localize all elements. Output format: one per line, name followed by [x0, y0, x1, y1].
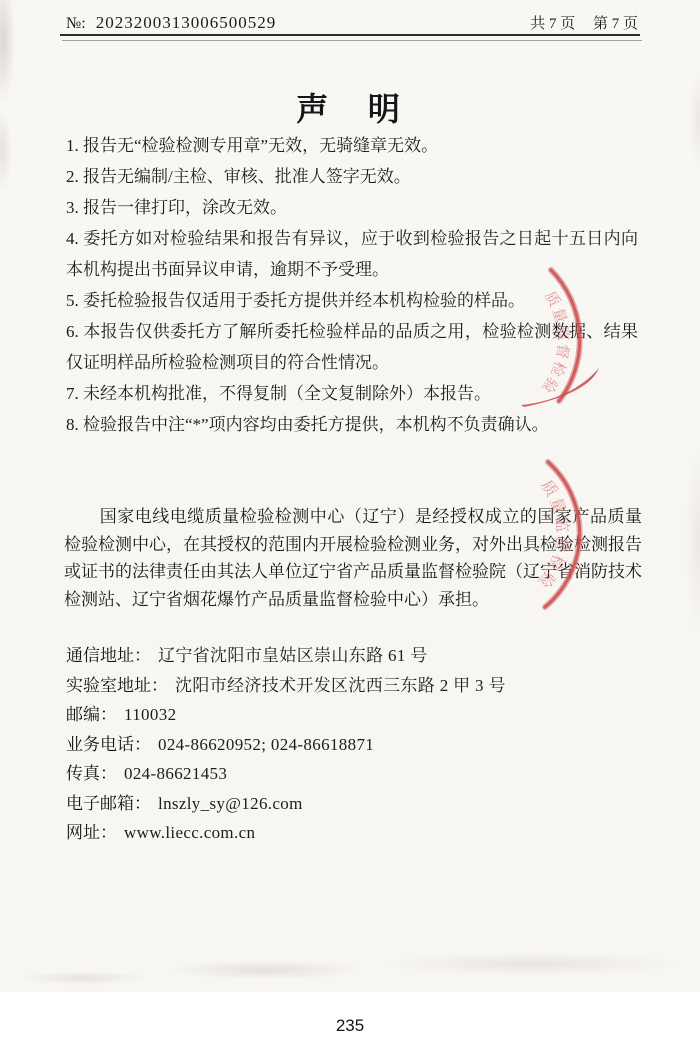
declaration-item-4: 4. 委托方如对检验结果和报告有异议，应于收到检验报告之日起十五日内向本机构提出…	[66, 223, 638, 285]
organization-paragraph: 国家电线电缆质量检验检测中心（辽宁）是经授权成立的国家产品质量检验检测中心，在其…	[64, 503, 642, 613]
page-title: 声 明	[0, 84, 700, 130]
declaration-item-6: 6. 本报告仅供委托方了解所委托检验样品的品质之用，检验检测数据、结果仅证明样品…	[66, 316, 638, 378]
report-number-label: №:	[66, 15, 86, 32]
contact-row-phone: 业务电话：024-86620952; 024-86618871	[66, 730, 646, 760]
contact-row-fax: 传真：024-86621453	[66, 759, 646, 789]
declaration-list: 1. 报告无“检验检测专用章”无效，无骑缝章无效。 2. 报告无编制/主检、审核…	[66, 130, 638, 440]
report-number: №:2023200313006500529	[66, 13, 276, 33]
header-rule-thick	[60, 34, 640, 36]
contact-row-lab-address: 实验室地址：沈阳市经济技术开发区沈西三东路 2 甲 3 号	[66, 671, 646, 701]
pages-total: 共 7 页	[530, 16, 575, 32]
contact-value: www.liecc.com.cn	[124, 823, 255, 842]
contact-label: 传真：	[66, 764, 117, 783]
declaration-item-2: 2. 报告无编制/主检、审核、批准人签字无效。	[66, 161, 638, 192]
contact-label: 电子邮箱：	[66, 794, 151, 813]
report-number-value: 2023200313006500529	[96, 13, 277, 32]
contact-label: 业务电话：	[66, 735, 151, 754]
contact-value: 024-86620952; 024-86618871	[158, 735, 374, 754]
footer-page-number: 235	[0, 1016, 700, 1036]
page-current: 第 7 页	[593, 16, 638, 32]
contact-row-postcode: 邮编：110032	[66, 700, 646, 730]
declaration-item-8: 8. 检验报告中注“*”项内容均由委托方提供，本机构不负责确认。	[66, 409, 638, 440]
contact-value: 024-86621453	[124, 764, 227, 783]
contact-label: 通信地址：	[66, 646, 151, 665]
header-rule-thin	[62, 40, 642, 41]
contact-row-email: 电子邮箱：lnszly_sy@126.com	[66, 789, 646, 819]
page-count: 共 7 页 第 7 页	[530, 12, 638, 33]
contact-label: 网址：	[66, 823, 117, 842]
contact-value: 辽宁省沈阳市皇姑区崇山东路 61 号	[158, 646, 428, 665]
contact-row-website: 网址：www.liecc.com.cn	[66, 818, 646, 848]
declaration-item-7: 7. 未经本机构批准，不得复制（全文复制除外）本报告。	[66, 378, 638, 409]
contact-value: 110032	[124, 705, 176, 724]
contact-info: 通信地址：辽宁省沈阳市皇姑区崇山东路 61 号 实验室地址：沈阳市经济技术开发区…	[66, 641, 646, 848]
declaration-item-1: 1. 报告无“检验检测专用章”无效，无骑缝章无效。	[66, 130, 638, 161]
declaration-item-3: 3. 报告一律打印，涂改无效。	[66, 192, 638, 223]
contact-label: 邮编：	[66, 705, 117, 724]
contact-value: lnszly_sy@126.com	[158, 794, 303, 813]
contact-label: 实验室地址：	[66, 676, 168, 695]
declaration-item-5: 5. 委托检验报告仅适用于委托方提供并经本机构检验的样品。	[66, 285, 638, 316]
page-header: №:2023200313006500529 共 7 页 第 7 页	[66, 12, 638, 33]
contact-value: 沈阳市经济技术开发区沈西三东路 2 甲 3 号	[175, 676, 506, 695]
contact-row-mailing-address: 通信地址：辽宁省沈阳市皇姑区崇山东路 61 号	[66, 641, 646, 671]
